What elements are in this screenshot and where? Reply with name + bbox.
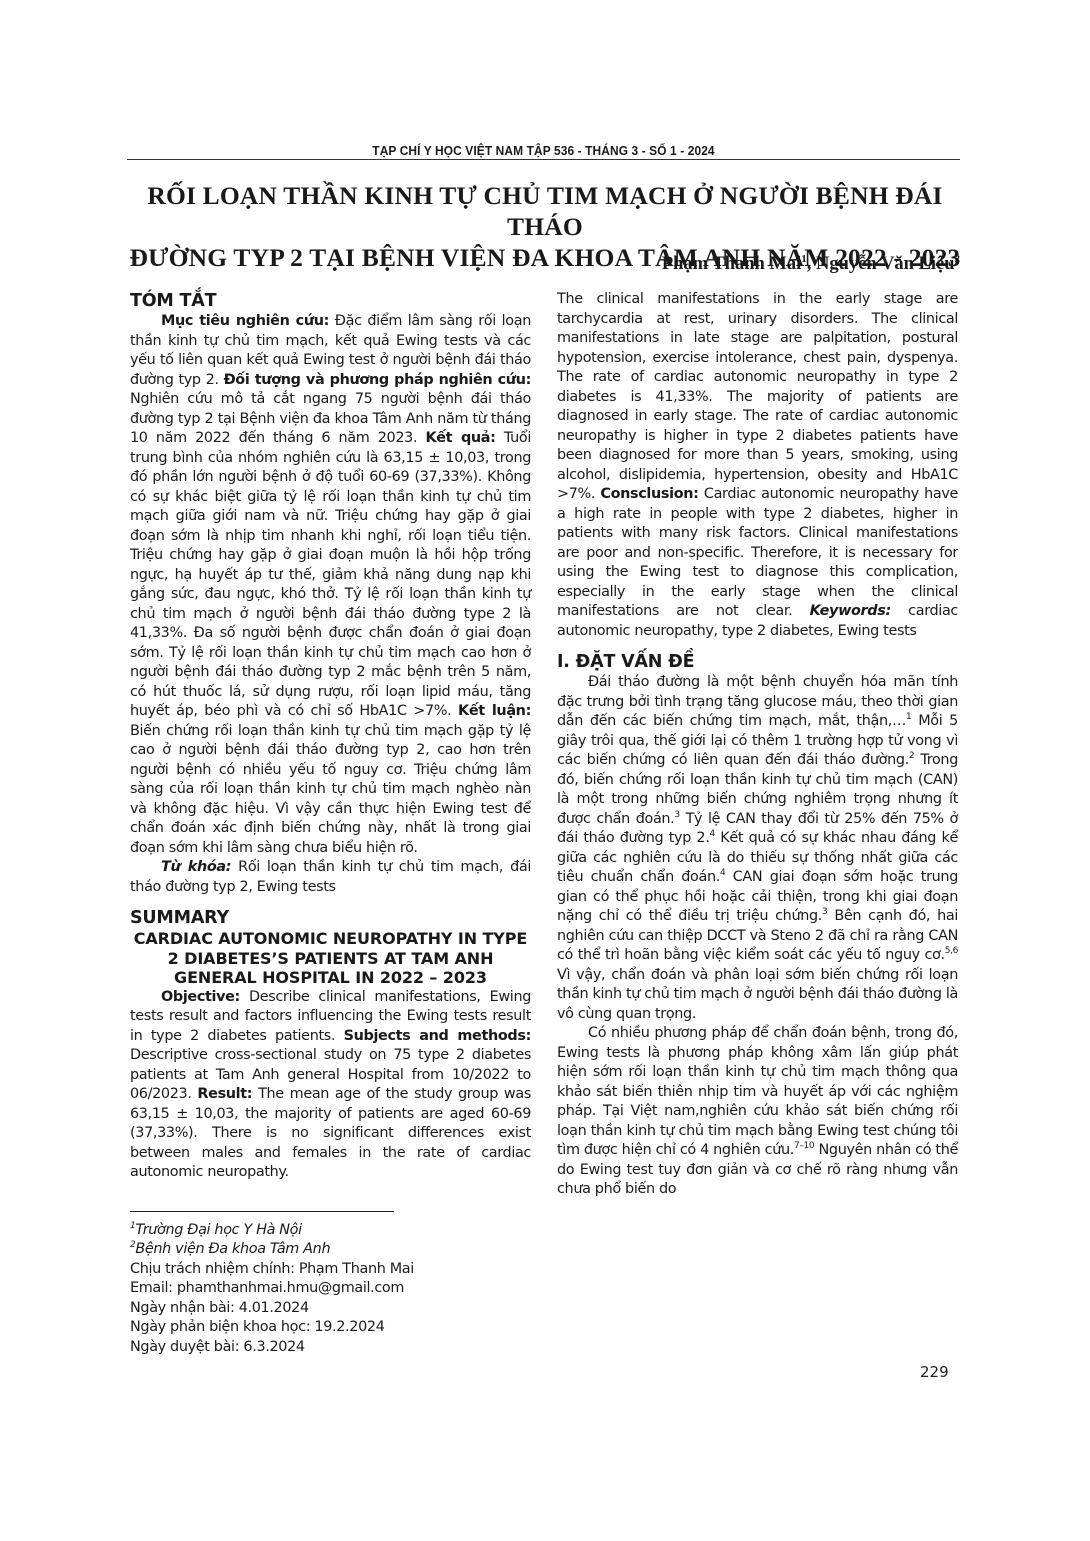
summary-objective-label: Objective:: [161, 989, 240, 1005]
footnote-separator: [130, 1211, 394, 1212]
citation-reference: 2: [909, 751, 914, 761]
conclusion-text: Biến chứng rối loạn thần kinh tự chủ tim…: [130, 723, 531, 856]
footnote-received-date: Ngày nhận bài: 4.01.2024: [130, 1299, 531, 1319]
introduction-heading: I. ĐẶT VẤN ĐỀ: [557, 651, 958, 673]
author-affiliation-mark: 1: [801, 253, 807, 265]
abstract-vi-body: Mục tiêu nghiên cứu: Đặc điểm lâm sàng r…: [130, 312, 531, 858]
summary-heading: SUMMARY: [130, 907, 531, 929]
left-column: TÓM TẮT Mục tiêu nghiên cứu: Đặc điểm lâ…: [130, 290, 531, 1358]
author-affiliation-mark: 2: [955, 253, 961, 265]
author-separator: ,: [807, 254, 816, 274]
methods-label: Đối tượng và phương pháp nghiên cứu:: [224, 372, 531, 388]
citation-reference: 3: [674, 810, 679, 820]
author-list: Phạm Thanh Mai1, Nguyễn Văn Liệu2: [662, 254, 960, 275]
journal-page: TẠP CHÍ Y HỌC VIỆT NAM TẬP 536 - THÁNG 3…: [0, 0, 1090, 1541]
footnote-review-date: Ngày phản biện khoa học: 19.2.2024: [130, 1318, 531, 1338]
footnote-affiliation-1: 1Trường Đại học Y Hà Nội: [130, 1221, 531, 1241]
summary-conclusion-label: Consclusion:: [600, 486, 698, 502]
abstract-vi-heading: TÓM TẮT: [130, 290, 531, 312]
footnote-affiliation-1-text: Trường Đại học Y Hà Nội: [135, 1222, 301, 1238]
footnote-corresponding-author: Chịu trách nhiệm chính: Phạm Thanh Mai: [130, 1260, 531, 1280]
citation-reference: 4: [720, 868, 725, 878]
footnote-affiliation-2-text: Bệnh viện Đa khoa Tâm Anh: [135, 1241, 330, 1257]
keywords-vi: Từ khóa: Rối loạn thần kinh tự chủ tim m…: [130, 858, 531, 897]
citation-reference: 5,6: [945, 946, 958, 956]
summary-body-right: The clinical manifestations in the early…: [557, 290, 958, 641]
summary-keywords-label: Keywords:: [810, 603, 891, 619]
citation-reference: 4: [709, 829, 714, 839]
page-number: 229: [920, 1363, 949, 1381]
objective-label: Mục tiêu nghiên cứu:: [161, 313, 329, 329]
journal-running-header: TẠP CHÍ Y HỌC VIỆT NAM TẬP 536 - THÁNG 3…: [160, 143, 926, 158]
summary-body-left: Objective: Describe clinical manifestati…: [130, 988, 531, 1183]
keywords-vi-label: Từ khóa:: [161, 859, 231, 875]
introduction-paragraph-2: Có nhiều phương pháp để chẩn đoán bệnh, …: [557, 1024, 958, 1200]
citation-reference: 3: [822, 907, 827, 917]
right-column: The clinical manifestations in the early…: [557, 290, 958, 1200]
introduction-paragraph-1: Đái tháo đường là một bệnh chuyển hóa mã…: [557, 673, 958, 1024]
summary-results-text-right: The clinical manifestations in the early…: [557, 291, 958, 502]
citation-reference: 7–10: [794, 1141, 814, 1151]
footnote-affiliation-2: 2Bệnh viện Đa khoa Tâm Anh: [130, 1240, 531, 1260]
conclusion-label: Kết luận:: [458, 703, 531, 719]
footnote-accepted-date: Ngày duyệt bài: 6.3.2024: [130, 1338, 531, 1358]
author-name: Nguyễn Văn Liệu: [816, 254, 954, 274]
summary-methods-label: Subjects and methods:: [344, 1028, 531, 1044]
citation-reference: 1: [906, 712, 911, 722]
results-label: Kết quả:: [425, 430, 495, 446]
summary-conclusion-text: Cardiac autonomic neuropathy have a high…: [557, 486, 958, 619]
summary-title: CARDIAC AUTONOMIC NEUROPATHY IN TYPE 2 D…: [130, 929, 531, 988]
footnote-email: Email: phamthanhmai.hmu@gmail.com: [130, 1279, 531, 1299]
author-name: Phạm Thanh Mai: [662, 254, 801, 274]
article-title-line-1: RỐI LOẠN THẦN KINH TỰ CHỦ TIM MẠCH Ở NGƯ…: [120, 180, 970, 242]
results-text: Tuổi trung bình của nhóm nghiên cứu là 6…: [130, 430, 531, 719]
summary-results-label: Result:: [197, 1086, 252, 1102]
header-rule: [127, 159, 960, 160]
